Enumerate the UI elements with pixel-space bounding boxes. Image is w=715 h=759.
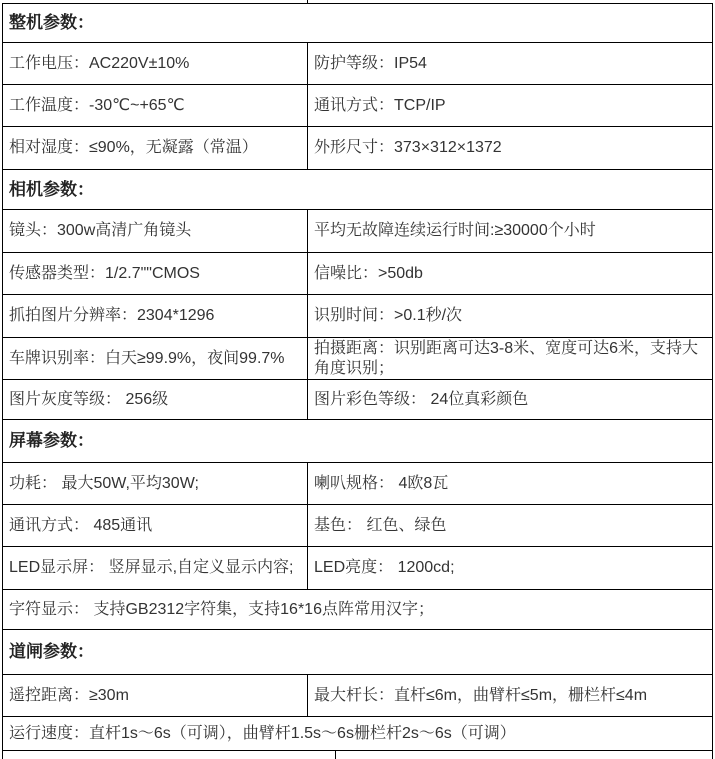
section-header-screen: 屏幕参数： <box>3 420 712 463</box>
spec-table-body: 整机参数： 工作电压：AC220V±10% 防护等级：IP54 工作温度：-30… <box>2 4 713 759</box>
cell-shooting-distance: 拍摄距离：识别距离可达3-8米、宽度可达6米，支持大角度识别； <box>308 338 712 379</box>
cell-power-consumption: 功耗： 最大50W,平均30W; <box>3 463 308 504</box>
table-row: 遥控距离：≥30m 最大杆长：直杆≤6m，曲臂杆≤5m，栅栏杆≤4m <box>3 675 712 717</box>
table-row: LED显示屏： 竖屏显示,自定义显示内容; LED亮度： 1200cd; <box>3 547 712 590</box>
section-title-machine: 整机参数： <box>3 4 712 42</box>
cell-led-display: LED显示屏： 竖屏显示,自定义显示内容; <box>3 547 308 589</box>
table-row: 车牌识别率：白天≥99.9%，夜间99.7% 拍摄距离：识别距离可达3-8米、宽… <box>3 338 712 380</box>
section-title-camera: 相机参数： <box>3 170 712 209</box>
cell-base-colors: 基色： 红色、绿色 <box>308 505 712 546</box>
section-header-machine: 整机参数： <box>3 4 712 43</box>
cell-speaker-spec: 喇叭规格： 4欧8瓦 <box>308 463 712 504</box>
cell-plate-recognition-rate: 车牌识别率：白天≥99.9%，夜间99.7% <box>3 338 308 379</box>
cell-color-levels: 图片彩色等级： 24位真彩颜色 <box>308 380 712 419</box>
cell-sensor-type: 传感器类型：1/2.7""CMOS <box>3 253 308 294</box>
table-row: 工作温度：-30℃~+65℃ 通讯方式：TCP/IP <box>3 85 712 127</box>
section-title-screen: 屏幕参数： <box>3 420 712 462</box>
cell-working-voltage: 工作电压：AC220V±10% <box>3 43 308 84</box>
table-row: 工作电压：AC220V±10% 防护等级：IP54 <box>3 43 712 85</box>
table-row: 字符显示： 支持GB2312字符集，支持16*16点阵常用汉字； <box>3 590 712 630</box>
cell-led-brightness: LED亮度： 1200cd; <box>308 547 712 589</box>
section-header-gate: 道闸参数： <box>3 630 712 675</box>
table-top-partial-row <box>2 0 713 4</box>
cell-screen-communication: 通讯方式： 485通讯 <box>3 505 308 546</box>
cell-lens: 镜头：300w高清广角镜头 <box>3 210 308 252</box>
section-header-camera: 相机参数： <box>3 170 712 210</box>
table-row: 功耗： 最大50W,平均30W; 喇叭规格： 4欧8瓦 <box>3 463 712 505</box>
cell-mtbf: 平均无故障连续运行时间:≥30000个小时 <box>308 210 712 252</box>
cell-communication-mode: 通讯方式：TCP/IP <box>308 85 712 126</box>
table-row: 运行速度：直杆1s～6s（可调），曲臂杆1.5s～6s栅栏杆2s～6s（可调） <box>3 717 712 751</box>
table-row: 通讯方式： 485通讯 基色： 红色、绿色 <box>3 505 712 547</box>
cell-character-display: 字符显示： 支持GB2312字符集，支持16*16点阵常用汉字； <box>3 590 712 629</box>
table-row: 图片灰度等级： 256级 图片彩色等级： 24位真彩颜色 <box>3 380 712 420</box>
cell-run-speed: 运行速度：直杆1s～6s（可调），曲臂杆1.5s～6s栅栏杆2s～6s（可调） <box>3 717 712 750</box>
cell-gray-levels: 图片灰度等级： 256级 <box>3 380 308 419</box>
table-bottom-partial-row <box>3 751 712 759</box>
cell-max-arm-length: 最大杆长：直杆≤6m，曲臂杆≤5m，栅栏杆≤4m <box>308 675 712 716</box>
cell-recognition-time: 识别时间：>0.1秒/次 <box>308 295 712 337</box>
cell-relative-humidity: 相对湿度：≤90%，无凝露（常温） <box>3 127 308 169</box>
cell-dimensions: 外形尺寸：373×312×1372 <box>308 127 712 169</box>
table-row: 相对湿度：≤90%，无凝露（常温） 外形尺寸：373×312×1372 <box>3 127 712 170</box>
cell-working-temperature: 工作温度：-30℃~+65℃ <box>3 85 308 126</box>
table-row: 抓拍图片分辨率：2304*1296 识别时间：>0.1秒/次 <box>3 295 712 338</box>
cell-remote-distance: 遥控距离：≥30m <box>3 675 308 716</box>
cell-capture-resolution: 抓拍图片分辨率：2304*1296 <box>3 295 308 337</box>
cell-protection-rating: 防护等级：IP54 <box>308 43 712 84</box>
cell-snr: 信噪比：>50db <box>308 253 712 294</box>
table-row: 传感器类型：1/2.7""CMOS 信噪比：>50db <box>3 253 712 295</box>
spec-table: 整机参数： 工作电压：AC220V±10% 防护等级：IP54 工作温度：-30… <box>2 0 713 759</box>
top-partial-column-divider <box>307 0 308 3</box>
table-row: 镜头：300w高清广角镜头 平均无故障连续运行时间:≥30000个小时 <box>3 210 712 253</box>
bottom-partial-column-divider <box>335 751 336 759</box>
section-title-gate: 道闸参数： <box>3 630 712 674</box>
